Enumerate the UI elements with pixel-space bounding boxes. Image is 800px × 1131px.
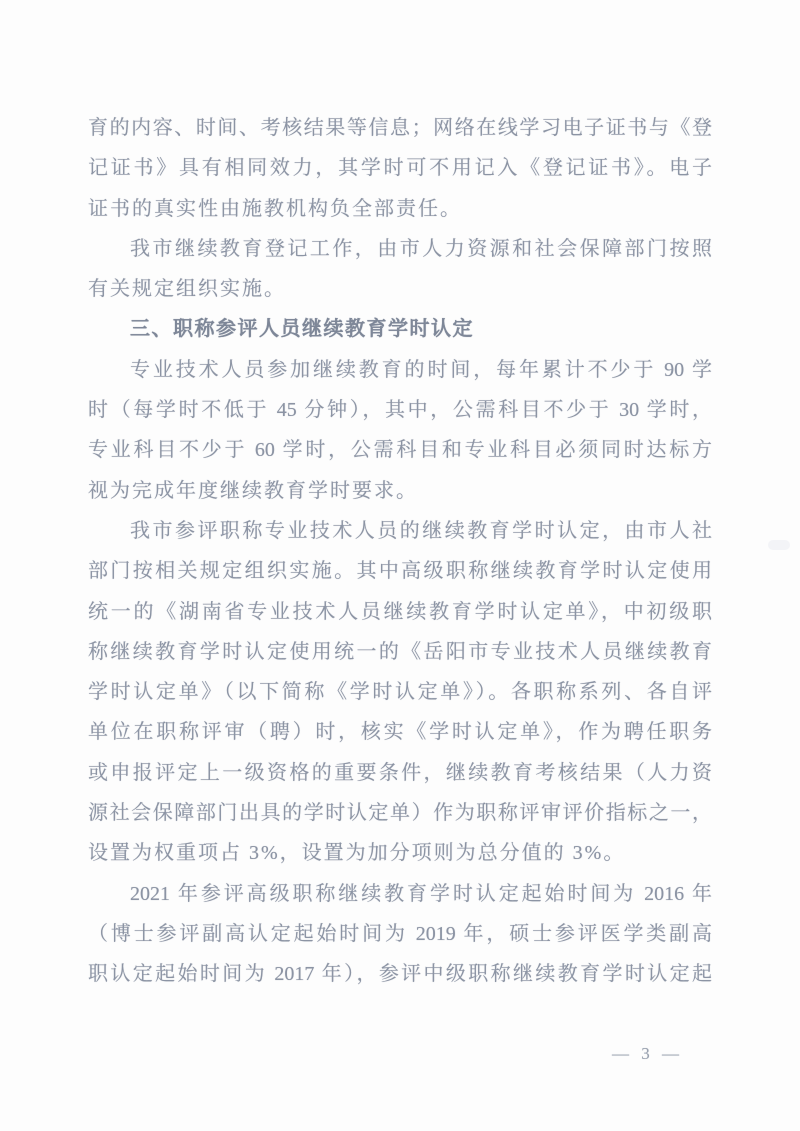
text-line: 职认定起始时间为 2017 年），参评中级职称继续教育学时认定起 (88, 954, 712, 994)
text-line: 部门按相关规定组织实施。其中高级职称继续教育学时认定使用 (88, 551, 712, 591)
text-line: 设置为权重项占 3%，设置为加分项则为总分值的 3%。 (88, 833, 712, 873)
text-line: 时（每学时不低于 45 分钟），其中，公需科目不少于 30 学时， (88, 390, 712, 430)
text-line: 2021 年参评高级职称继续教育学时认定起始时间为 2016 年 (88, 874, 712, 914)
text-line: 我市参评职称专业技术人员的继续教育学时认定，由市人社 (88, 511, 712, 551)
page-number: — 3 — (612, 1043, 683, 1065)
text-line: 我市继续教育登记工作，由市人力资源和社会保障部门按照 (88, 229, 712, 269)
document-text-block: 育的内容、时间、考核结果等信息；网络在线学习电子证书与《登 记证书》具有相同效力… (88, 108, 712, 995)
scan-smudge-artifact (768, 540, 790, 550)
text-line: 专业技术人员参加继续教育的时间，每年累计不少于 90 学 (88, 350, 712, 390)
text-line: 视为完成年度继续教育学时要求。 (88, 471, 712, 511)
text-line: 育的内容、时间、考核结果等信息；网络在线学习电子证书与《登 (88, 108, 712, 148)
text-line: 单位在职称评审（聘）时，核实《学时认定单》，作为聘任职务 (88, 712, 712, 752)
text-line: 或申报评定上一级资格的重要条件，继续教育考核结果（人力资 (88, 753, 712, 793)
section-heading: 三、职称参评人员继续教育学时认定 (88, 309, 712, 349)
text-line: 有关规定组织实施。 (88, 269, 712, 309)
text-line: 证书的真实性由施教机构负全部责任。 (88, 189, 712, 229)
text-line: 专业科目不少于 60 学时，公需科目和专业科目必须同时达标方 (88, 430, 712, 470)
text-line: （博士参评副高认定起始时间为 2019 年，硕士参评医学类副高 (88, 914, 712, 954)
text-line: 记证书》具有相同效力，其学时可不用记入《登记证书》。电子 (88, 148, 712, 188)
text-line: 统一的《湖南省专业技术人员继续教育学时认定单》，中初级职 (88, 592, 712, 632)
text-line: 学时认定单》（以下简称《学时认定单》）。各职称系列、各自评 (88, 672, 712, 712)
text-line: 源社会保障部门出具的学时认定单）作为职称评审评价指标之一， (88, 793, 712, 833)
scanned-document-page: 育的内容、时间、考核结果等信息；网络在线学习电子证书与《登 记证书》具有相同效力… (0, 0, 800, 1131)
text-line: 称继续教育学时认定使用统一的《岳阳市专业技术人员继续教育 (88, 632, 712, 672)
